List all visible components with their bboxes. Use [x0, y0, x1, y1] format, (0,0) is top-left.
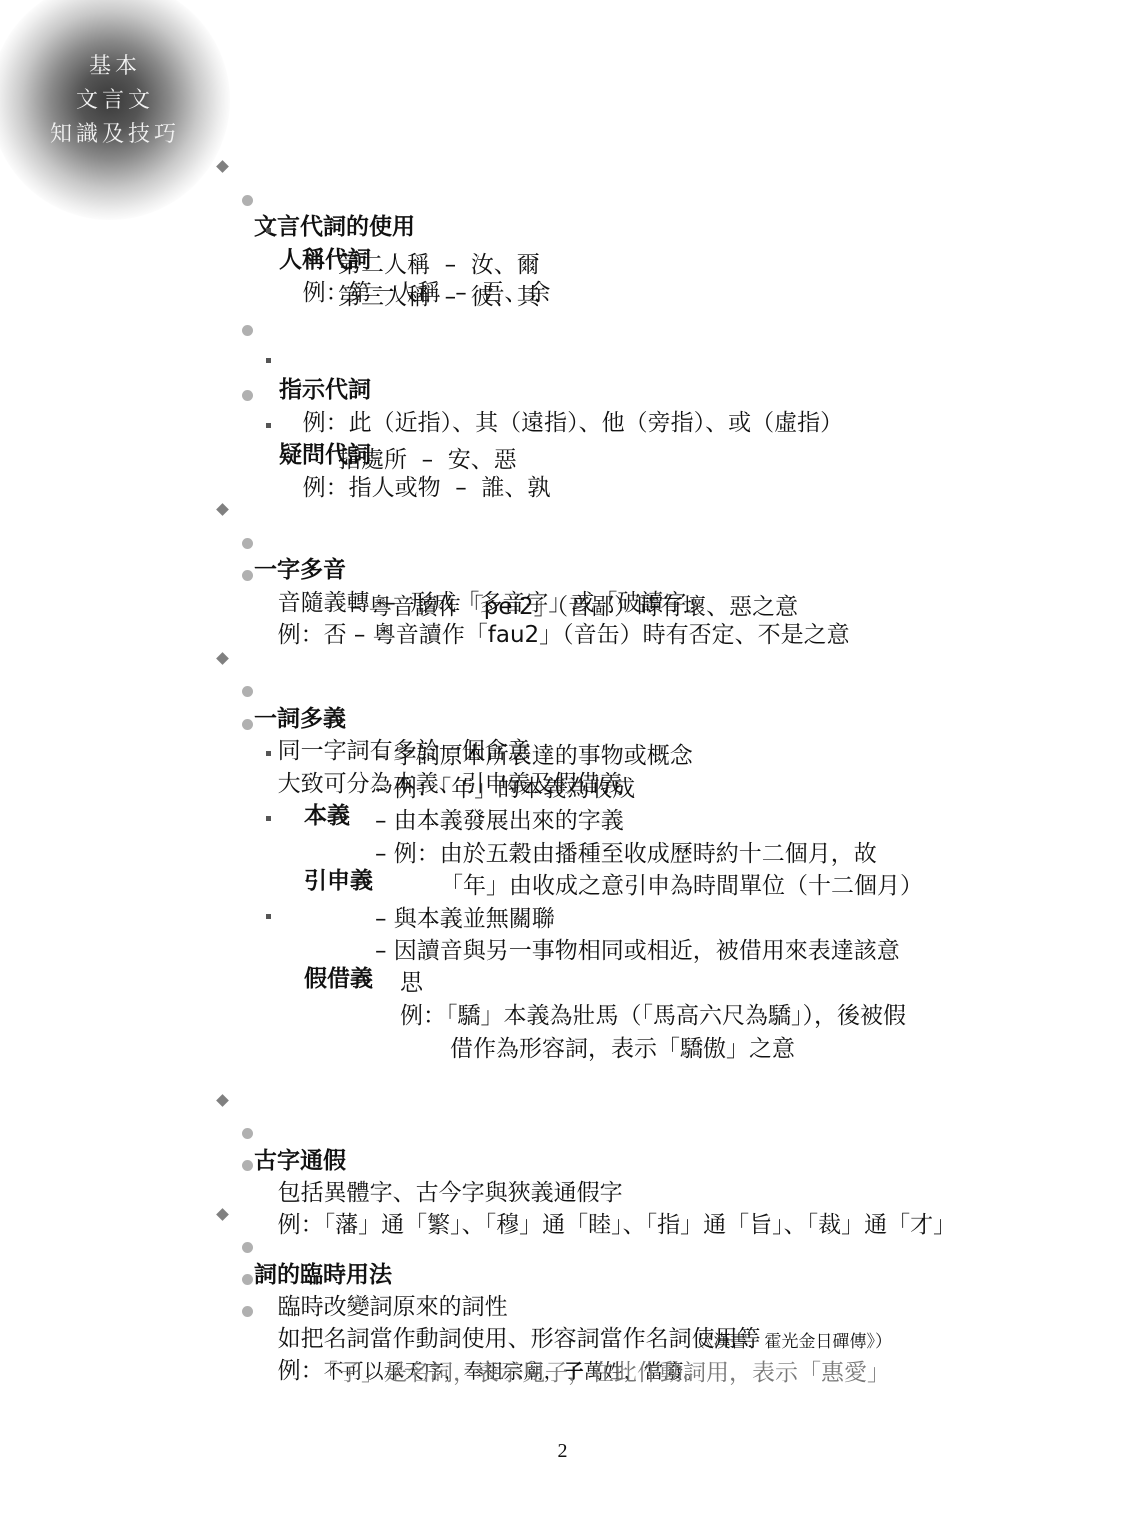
dot-bullet-icon [242, 686, 253, 697]
square-bullet-icon [266, 816, 271, 821]
definition-line: – 由本義發展出來的字義 [375, 806, 624, 836]
dot-bullet-icon [242, 538, 253, 549]
diamond-bullet-icon [216, 160, 229, 173]
example-line: 第二人稱 – 汝、爾 [338, 250, 540, 280]
definition-line: 「年」由收成之意引申為時間單位（十二個月） [440, 871, 923, 901]
list-item-continuation: – 粵音讀作「pei2」（音鄙）時有壞、惡之意 [350, 592, 798, 622]
dot-bullet-icon [242, 1128, 253, 1139]
square-bullet-icon [266, 423, 271, 428]
logo-text: 基本 文言文 知識及技巧 [0, 50, 230, 152]
dot-bullet-icon [242, 390, 253, 401]
square-bullet-icon [266, 751, 271, 756]
definition-line: – 例：「年」的本義為收成 [375, 774, 635, 804]
diamond-bullet-icon [216, 503, 229, 516]
diamond-bullet-icon [216, 652, 229, 665]
square-bullet-icon [266, 358, 271, 363]
example-line: 指處所 – 安、惡 [338, 445, 517, 475]
dot-bullet-icon [242, 1274, 253, 1285]
dot-bullet-icon [242, 1306, 253, 1317]
dot-bullet-icon [242, 1160, 253, 1171]
logo-line-3: 知識及技巧 [0, 118, 230, 152]
definition-line: – 因讀音與另一事物相同或相近，被借用來表達該意 [375, 936, 900, 966]
square-bullet-icon [266, 228, 271, 233]
logo-line-1: 基本 [0, 50, 230, 84]
explanation-line: 「子」是名詞，表示兒子，在此作動詞用，表示「惠愛」 [315, 1358, 890, 1388]
quote-source: （《漢書．霍光金日磾傳》） [688, 1327, 892, 1357]
dot-bullet-icon [242, 325, 253, 336]
definition-line: – 與本義並無關聯 [375, 904, 555, 934]
definition-line: – 字詞原本所表達的事物或概念 [375, 741, 693, 771]
example-line: 第三人稱 – 彼、其 [338, 282, 540, 312]
diamond-bullet-icon [216, 1208, 229, 1221]
dot-bullet-icon [242, 1242, 253, 1253]
page-number: 2 [0, 1440, 1125, 1463]
definition-line: 借作為形容詞，表示「驕傲」之意 [450, 1034, 795, 1064]
term-extended: 引申義 [288, 806, 373, 896]
dot-bullet-icon [242, 570, 253, 581]
logo-line-2: 文言文 [0, 84, 230, 118]
dot-bullet-icon [242, 195, 253, 206]
dot-bullet-icon [242, 719, 253, 730]
term-borrowed: 假借義 [288, 904, 373, 994]
square-bullet-icon [266, 914, 271, 919]
definition-line: – 例：由於五穀由播種至收成歷時約十二個月，故 [375, 839, 877, 869]
diamond-bullet-icon [216, 1094, 229, 1107]
definition-line: 例：「驕」本義為壯馬（「馬高六尺為驕」），後被假 [400, 1001, 906, 1031]
definition-line: 思 [400, 968, 423, 998]
